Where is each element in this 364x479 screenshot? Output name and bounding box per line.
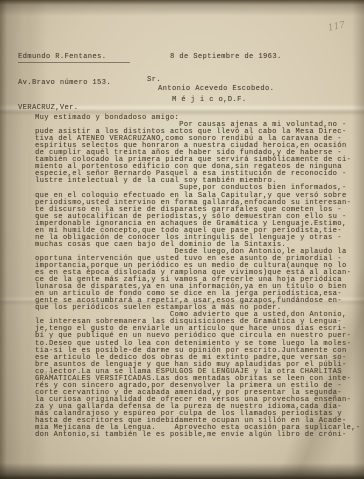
- recipient-name: Antonio Acevedo Escobedo.: [158, 85, 274, 93]
- sender-address: Av.Bravo número 153.: [18, 79, 111, 88]
- letter-page: 117 Edmundo R.Fentanes. Av.Bravo número …: [0, 0, 364, 479]
- page-number-annotation: 117: [327, 20, 346, 33]
- letter-body: Muy estimado y bondadoso amigo: Por caus…: [35, 115, 361, 439]
- recipient-city: M é j i c o,D.F.: [172, 96, 246, 104]
- recipient-title: Sr.: [147, 76, 161, 84]
- sender-name: Edmundo R.Fentanes.: [18, 53, 111, 62]
- letter-line: don Antonio,si también le es posible,me …: [35, 432, 361, 439]
- sender-city: VERACRUZ,Ver.: [18, 104, 111, 113]
- letter-date: 8 de Septiembre de 1963.: [170, 53, 282, 61]
- city-underline-rule: [18, 62, 130, 63]
- margin-pencil-mark: 1417: [40, 371, 56, 377]
